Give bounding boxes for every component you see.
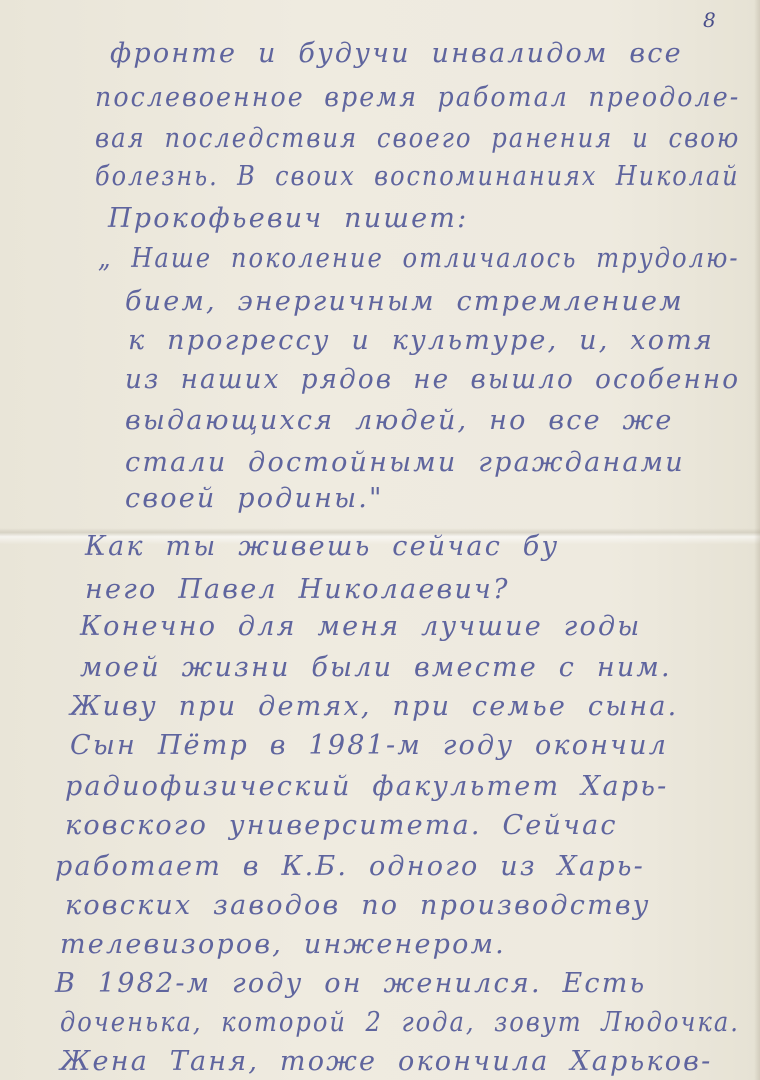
text-line: работает в К.Б. одного из Харь- bbox=[55, 851, 645, 882]
text-line: „ Наше поколение отличалось трудолю- bbox=[98, 243, 740, 274]
text-line: Конечно для меня лучшие годы bbox=[80, 611, 641, 642]
text-line: к прогрессу и культуре, и, хотя bbox=[128, 325, 714, 356]
page-edge-shadow bbox=[754, 0, 760, 1080]
text-line: фронте и будучи инвалидом все bbox=[110, 38, 683, 69]
text-line: болезнь. В своих воспоминаниях Николай bbox=[95, 161, 740, 192]
text-line: своей родины." bbox=[125, 483, 384, 514]
text-line: Живу при детях, при семье сына. bbox=[70, 691, 678, 722]
text-line: ковского университета. Сейчас bbox=[65, 810, 618, 841]
text-line: доченька, которой 2 года, зовут Людочка. bbox=[60, 1007, 740, 1038]
text-line: из наших рядов не вышло особенно bbox=[125, 364, 740, 395]
text-line: ковских заводов по производству bbox=[65, 890, 651, 921]
text-line: него Павел Николаевич? bbox=[85, 574, 510, 605]
text-line: радиофизический факультет Харь- bbox=[65, 771, 668, 802]
text-line: телевизоров, инженером. bbox=[60, 929, 506, 960]
text-line: В 1982-м году он женился. Есть bbox=[55, 968, 646, 999]
text-line: Прокофьевич пишет: bbox=[108, 203, 468, 234]
text-line: Сын Пётр в 1981-м году окончил bbox=[70, 730, 668, 761]
text-line: моей жизни были вместе с ним. bbox=[80, 652, 672, 683]
text-line: стали достойными гражданами bbox=[125, 447, 685, 478]
text-line: выдающихся людей, но все же bbox=[125, 405, 674, 436]
text-line: бием, энергичным стремлением bbox=[125, 286, 684, 317]
text-line: послевоенное время работал преодоле- bbox=[95, 82, 740, 113]
text-line: Как ты живешь сейчас бу bbox=[85, 531, 559, 562]
page-number: 8 bbox=[703, 8, 716, 32]
text-line: вая последствия своего ранения и свою bbox=[95, 123, 740, 154]
text-line: Жена Таня, тоже окончила Харьков- bbox=[60, 1046, 712, 1077]
